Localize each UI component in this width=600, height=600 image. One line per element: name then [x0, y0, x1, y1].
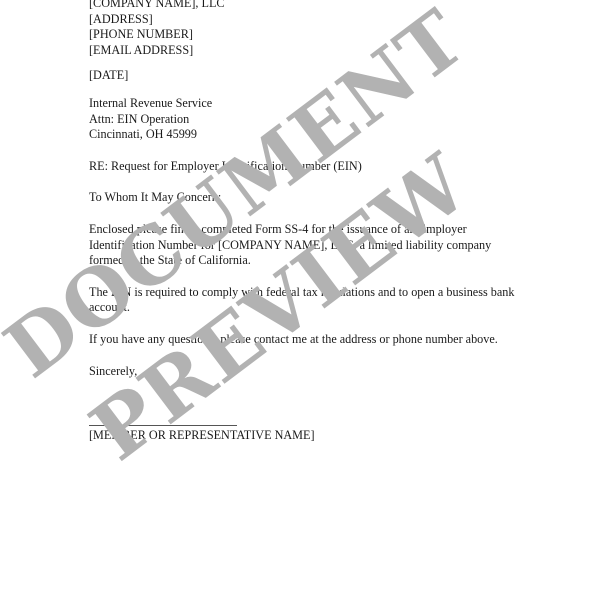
salutation: To Whom It May Concern: — [89, 190, 519, 206]
paragraph-2: The EIN is required to comply with feder… — [89, 285, 519, 316]
letter-body: [COMPANY NAME], LLC [ADDRESS] [PHONE NUM… — [89, 0, 519, 444]
closing: Sincerely, — [89, 364, 519, 380]
signatory-block: [MEMBER OR REPRESENTATIVE NAME] — [89, 428, 519, 444]
recipient-name: Internal Revenue Service — [89, 96, 519, 112]
letter-salutation: To Whom It May Concern: — [89, 190, 519, 206]
date-line: [DATE] — [89, 68, 519, 84]
sender-address: [ADDRESS] — [89, 12, 519, 28]
sender-email: [EMAIL ADDRESS] — [89, 43, 519, 59]
sender-company: [COMPANY NAME], LLC — [89, 0, 519, 12]
letter-subject: RE: Request for Employer Identification … — [89, 159, 519, 175]
signature-line — [89, 425, 237, 426]
sender-phone: [PHONE NUMBER] — [89, 27, 519, 43]
paragraph-3: If you have any questions, please contac… — [89, 332, 519, 348]
recipient-city: Cincinnati, OH 45999 — [89, 127, 519, 143]
recipient-attn: Attn: EIN Operation — [89, 112, 519, 128]
recipient-block: Internal Revenue Service Attn: EIN Opera… — [89, 96, 519, 143]
subject-line: RE: Request for Employer Identification … — [89, 159, 519, 175]
document-page: [COMPANY NAME], LLC [ADDRESS] [PHONE NUM… — [0, 0, 600, 600]
sender-block: [COMPANY NAME], LLC [ADDRESS] [PHONE NUM… — [89, 0, 519, 58]
letter-closing: Sincerely, — [89, 364, 519, 380]
signatory-name: [MEMBER OR REPRESENTATIVE NAME] — [89, 428, 519, 444]
letter-date: [DATE] — [89, 68, 519, 84]
paragraph-1: Enclosed please find a completed Form SS… — [89, 222, 519, 269]
